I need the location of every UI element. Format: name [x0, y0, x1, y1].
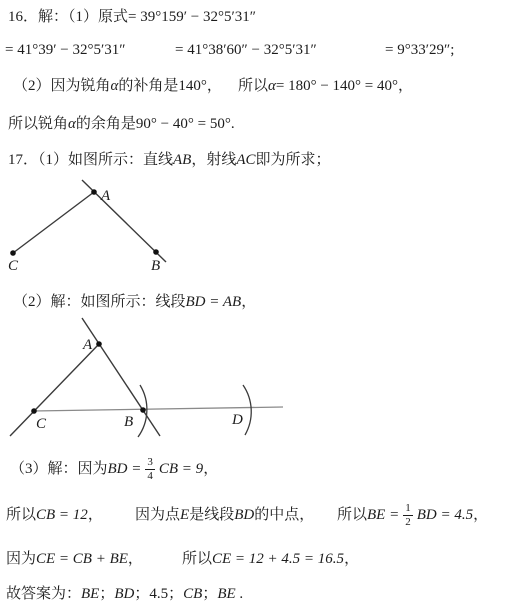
- text: ，: [203, 458, 218, 480]
- line-17-3: （3）解：因为BD =34CB = 9，: [10, 452, 218, 486]
- text: 17．（1）如图所示：直线: [8, 152, 173, 168]
- fraction-one-half: 12: [403, 502, 413, 528]
- point-a-dot: [96, 341, 102, 347]
- equation: 90° − 40° = 50°.: [136, 116, 235, 132]
- point-b-label: B: [124, 414, 133, 430]
- answer-2: BD: [114, 586, 134, 602]
- numerator: 1: [403, 502, 413, 516]
- line-17-4: 所以CB = 12， 因为点 E 是线段BD的中点， 所以BE =12BD = …: [0, 498, 531, 532]
- point-a-label: A: [100, 188, 111, 204]
- point-c-dot: [31, 408, 37, 414]
- ray-ac: [13, 192, 94, 253]
- point-a-dot: [91, 189, 97, 195]
- text: 的中点，: [254, 504, 314, 526]
- fraction-three-fourths: 34: [145, 456, 155, 482]
- answer-5: BE: [217, 586, 235, 602]
- denominator: 4: [145, 470, 155, 483]
- equation-step-1: = 41°39′ − 32°5′31″: [5, 39, 125, 61]
- equation: = 180° − 140° = 40°，: [276, 75, 413, 97]
- line-17-1: 17．（1）如图所示：直线AB，射线AC即为所求；: [8, 149, 331, 171]
- text: 所以: [182, 548, 212, 570]
- line-through-ac: [10, 344, 99, 436]
- line-through-ab: [82, 318, 160, 436]
- answer-prefix: 故答案为：: [6, 586, 81, 602]
- text: 所以: [238, 75, 268, 97]
- text: ，: [88, 504, 103, 526]
- text: 因为点: [135, 504, 180, 526]
- answer-1: BE: [81, 586, 99, 602]
- statement-supplement: （2）因为锐角α的补角是140°，: [13, 75, 222, 97]
- line-17-6: 故答案为：BE；BD；4.5；CB；BE .: [6, 583, 243, 605]
- figure-construction: A B C D: [0, 305, 300, 445]
- text: 因为: [6, 548, 36, 570]
- equation-be: BE =: [367, 504, 399, 526]
- separator: ；: [168, 586, 183, 602]
- point-e: E: [180, 504, 189, 526]
- text: （2）因为锐角: [13, 75, 111, 97]
- equation-cb: CB = 9: [159, 458, 203, 480]
- alpha-symbol: α: [268, 75, 276, 97]
- point-d-label: D: [231, 412, 243, 428]
- period: .: [236, 586, 244, 602]
- denominator: 2: [403, 516, 413, 529]
- solution-page: 16．解：（1）原式= 39°159′ − 32°5′31″ = 41°39′ …: [0, 0, 531, 616]
- alpha-symbol: α: [111, 75, 119, 97]
- equation: CE = CB + BE: [36, 548, 128, 570]
- separator: ；: [202, 586, 217, 602]
- expr-16-1: = 39°159′ − 32°5′31″: [128, 9, 256, 25]
- text: 所以: [337, 504, 367, 526]
- segment-bd: BD: [234, 504, 254, 526]
- point-b-dot: [140, 407, 146, 413]
- equation-bd-value: BD = 4.5: [417, 504, 473, 526]
- segment-ab: AB: [173, 152, 191, 168]
- text-16-1: 16．解：（1）原式: [8, 9, 128, 25]
- text: 即为所求；: [256, 152, 331, 168]
- answer-4: CB: [183, 586, 202, 602]
- text: 的补角是140°，: [118, 75, 222, 97]
- text: ，: [473, 504, 488, 526]
- compass-arc-at-d: [243, 385, 251, 435]
- figure-line-and-ray: A B C: [0, 175, 200, 275]
- point-b-label: B: [151, 258, 160, 274]
- line-16-4: 所以锐角α的余角是90° − 40° = 50°.: [8, 113, 235, 135]
- ray-ac: AC: [236, 152, 255, 168]
- separator: ；: [99, 586, 114, 602]
- statement-cb-12: 所以CB = 12，: [6, 498, 103, 532]
- statement-alpha-value: 所以α = 180° − 140° = 40°，: [238, 75, 413, 97]
- statement-be: 所以BE =12BD = 4.5 ，: [337, 498, 488, 532]
- text: 是线段: [189, 504, 234, 526]
- text: （3）解：因为: [10, 458, 108, 480]
- text: ，: [128, 548, 143, 570]
- line-17-5: 因为CE = CB + BE， 所以CE = 12 + 4.5 = 16.5，: [0, 548, 531, 570]
- text: 的余角是: [76, 116, 136, 132]
- statement-midpoint: 因为点 E 是线段BD的中点，: [135, 498, 314, 532]
- point-c-dot: [10, 250, 16, 256]
- point-b-dot: [153, 249, 159, 255]
- line-16-1: 16．解：（1）原式= 39°159′ − 32°5′31″: [8, 6, 256, 28]
- equation: CB = 12: [36, 504, 88, 526]
- text: ，: [344, 548, 359, 570]
- point-c-label: C: [36, 416, 47, 432]
- alpha-symbol: α: [68, 116, 76, 132]
- point-c-label: C: [8, 258, 19, 274]
- equation-step-2: = 41°38′60″ − 32°5′31″: [175, 39, 317, 61]
- answer-3: 4.5: [149, 586, 168, 602]
- separator: ；: [134, 586, 149, 602]
- statement-ce-sum: 因为CE = CB + BE，: [6, 548, 143, 570]
- numerator: 3: [145, 456, 155, 470]
- point-a-label: A: [82, 337, 93, 353]
- line-16-2: = 41°39′ − 32°5′31″ = 41°38′60″ − 32°5′3…: [0, 39, 531, 61]
- base-line-cbd: [33, 407, 283, 411]
- line-16-3: （2）因为锐角α的补角是140°， 所以α = 180° − 140° = 40…: [0, 75, 531, 97]
- text: 所以: [6, 504, 36, 526]
- statement-ce-value: 所以CE = 12 + 4.5 = 16.5，: [182, 548, 359, 570]
- equation-step-3: = 9°33′29″;: [385, 39, 454, 61]
- equation: CE = 12 + 4.5 = 16.5: [212, 548, 344, 570]
- text: ，射线: [191, 152, 236, 168]
- text: 所以锐角: [8, 116, 68, 132]
- equation-bd: BD =: [108, 458, 142, 480]
